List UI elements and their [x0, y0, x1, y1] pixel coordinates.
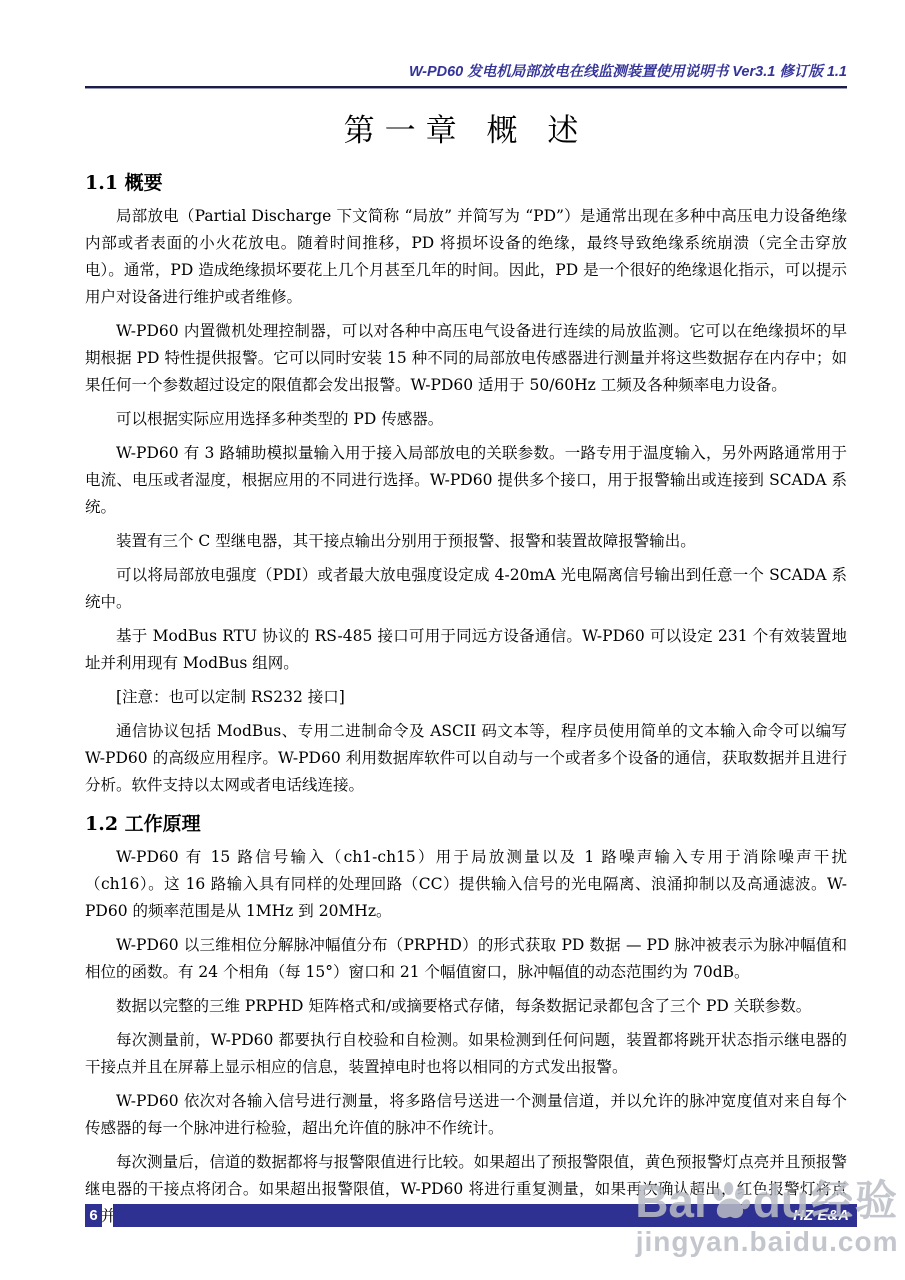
paragraph: 可以将局部放电强度（PDI）或者最大放电强度设定成 4-20mA 光电隔离信号输…	[85, 562, 847, 616]
paragraph: W-PD60 依次对各输入信号进行测量，将多路信号送进一个测量信道，并以允许的脉…	[85, 1088, 847, 1142]
paragraph: W-PD60 以三维相位分解脉冲幅值分布（PRPHD）的形式获取 PD 数据 —…	[85, 932, 847, 986]
page-header: W-PD60 发电机局部放电在线监测装置使用说明书 Ver3.1 修订版 1.1	[85, 60, 847, 89]
header-divider	[85, 86, 847, 89]
chapter-title: 第一章 概 述	[85, 105, 847, 150]
section-heading-1-2: 1.2 工作原理	[85, 809, 847, 836]
paragraph: 数据以完整的三维 PRPHD 矩阵格式和/或摘要格式存储，每条数据记录都包含了三…	[85, 993, 847, 1020]
paragraph: 通信协议包括 ModBus、专用二进制命令及 ASCII 码文本等，程序员使用简…	[85, 718, 847, 799]
footer-bar: HZ E&A	[113, 1204, 857, 1227]
header-title: W-PD60 发电机局部放电在线监测装置使用说明书 Ver3.1 修订版 1.1	[85, 60, 847, 86]
paragraph: W-PD60 有 15 路信号输入（ch1-ch15）用于局放测量以及 1 路噪…	[85, 844, 847, 925]
page-content: 第一章 概 述 1.1 概要 局部放电（Partial Discharge 下文…	[85, 95, 847, 1237]
paragraph: 每次测量前，W-PD60 都要执行自校验和自检测。如果检测到任何问题，装置都将跳…	[85, 1027, 847, 1081]
paragraph: W-PD60 内置微机处理控制器，可以对各种中高压电气设备进行连续的局放监测。它…	[85, 318, 847, 399]
section-working-principle: 1.2 工作原理 W-PD60 有 15 路信号输入（ch1-ch15）用于局放…	[85, 809, 847, 1230]
paragraph: 基于 ModBus RTU 协议的 RS-485 接口可用于同远方设备通信。W-…	[85, 623, 847, 677]
section-overview: 1.1 概要 局部放电（Partial Discharge 下文简称 “局放” …	[85, 168, 847, 799]
paragraph: 可以根据实际应用选择多种类型的 PD 传感器。	[85, 406, 847, 433]
page-footer: 6 HZ E&A	[85, 1204, 857, 1227]
paragraph: 局部放电（Partial Discharge 下文简称 “局放” 并简写为 “P…	[85, 203, 847, 311]
section-heading-1-1: 1.1 概要	[85, 168, 847, 195]
paragraph-note: [注意：也可以定制 RS232 接口]	[85, 684, 847, 711]
document-page: W-PD60 发电机局部放电在线监测装置使用说明书 Ver3.1 修订版 1.1…	[0, 0, 905, 1280]
page-number-badge: 6	[85, 1204, 102, 1227]
paragraph: W-PD60 有 3 路辅助模拟量输入用于接入局部放电的关联参数。一路专用于温度…	[85, 440, 847, 521]
paragraph: 装置有三个 C 型继电器，其干接点输出分别用于预报警、报警和装置故障报警输出。	[85, 528, 847, 555]
footer-brand: HZ E&A	[793, 1207, 849, 1224]
